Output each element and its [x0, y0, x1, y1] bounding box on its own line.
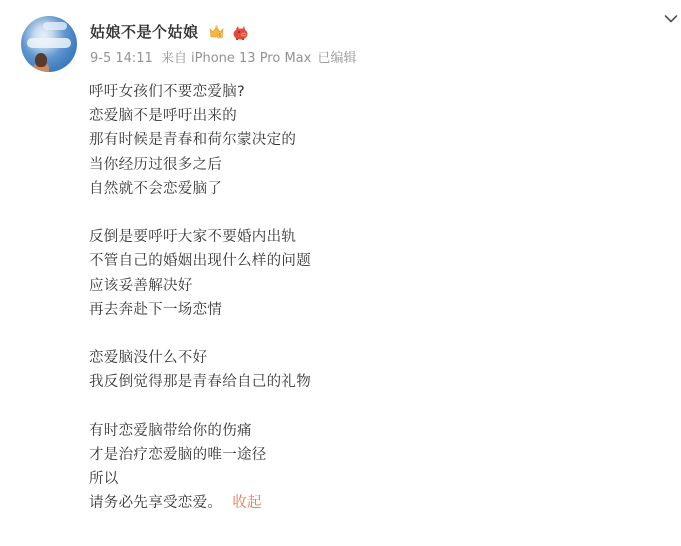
author-name[interactable]: 姑娘不是个姑娘 — [90, 22, 199, 42]
paragraph-gap — [89, 201, 311, 225]
post-meta: 9-5 14:11 来自iPhone 13 Pro Max 已编辑 — [90, 50, 360, 68]
paragraph-gap — [89, 394, 311, 418]
crown-badge-icon[interactable]: 6 — [209, 25, 224, 39]
content-line: 那有时候是青春和荷尔蒙决定的 — [89, 128, 311, 152]
content-line: 有时恋爱脑带给你的伤痛 — [89, 419, 311, 443]
collapse-link[interactable]: 收起 — [232, 495, 262, 511]
content-line: 不管自己的婚姻出现什么样的问题 — [89, 249, 311, 273]
avatar[interactable] — [21, 16, 77, 72]
pig-badge-icon[interactable] — [232, 25, 249, 40]
content-line: 反倒是要呼吁大家不要婚内出轨 — [89, 225, 311, 249]
content-line: 所以 — [89, 467, 311, 491]
source-prefix: 来自 — [161, 51, 187, 66]
content-line-last: 请务必先享受恋爱。收起 — [89, 491, 311, 515]
content-line: 才是治疗恋爱脑的唯一途径 — [89, 443, 311, 467]
post-content: 呼吁女孩们不要恋爱脑? 恋爱脑不是呼吁出来的 那有时候是青春和荷尔蒙决定的 当你… — [89, 80, 311, 515]
source-device: iPhone 13 Pro Max — [191, 51, 311, 66]
content-line: 呼吁女孩们不要恋爱脑? — [89, 80, 311, 104]
avatar-cloud — [27, 38, 71, 48]
avatar-cloud — [43, 22, 67, 30]
weibo-post: 姑娘不是个姑娘 6 9-5 14:11 来自iPhone 13 Pro Max … — [0, 0, 681, 546]
svg-text:6: 6 — [218, 33, 221, 39]
paragraph-gap — [89, 322, 311, 346]
chevron-down-icon[interactable] — [664, 14, 678, 24]
post-time[interactable]: 9-5 14:11 — [90, 51, 153, 66]
content-line: 我反倒觉得那是青春给自己的礼物 — [89, 370, 311, 394]
edited-label[interactable]: 已编辑 — [317, 51, 356, 66]
content-line: 恋爱脑不是呼吁出来的 — [89, 104, 311, 128]
content-text: 请务必先享受恋爱。 — [89, 495, 222, 511]
content-line: 当你经历过很多之后 — [89, 153, 311, 177]
content-line: 恋爱脑没什么不好 — [89, 346, 311, 370]
content-line: 应该妥善解决好 — [89, 274, 311, 298]
content-line: 自然就不会恋爱脑了 — [89, 177, 311, 201]
content-line: 再去奔赴下一场恋情 — [89, 298, 311, 322]
avatar-figure-head — [35, 53, 47, 67]
